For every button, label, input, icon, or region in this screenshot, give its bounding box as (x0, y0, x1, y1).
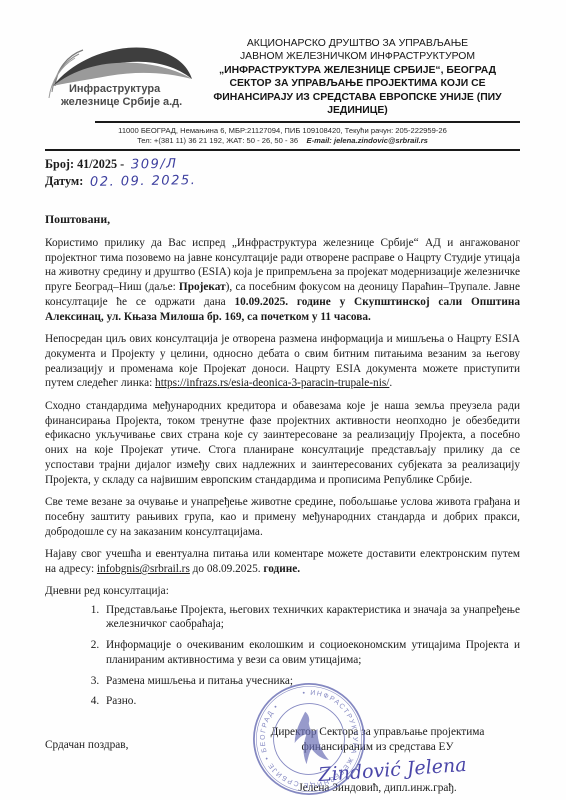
contact-info: 11000 БЕОГРАД, Немањина 6, МБР:21127094,… (45, 126, 520, 146)
signer-title-line1: Директор Сектора за управљање пројектима (225, 725, 530, 740)
reference-number-row: Број: 41/2025 - 309/Л (45, 156, 520, 173)
text-segment: Сходно стандардима међународних кредитор… (45, 400, 520, 486)
text-segment: године. (263, 563, 300, 575)
esia-document-link[interactable]: https://infrazs.rs/esia-deonica-3-paraci… (155, 377, 389, 389)
agenda-item: Размена мишљења и питања учесника; (102, 674, 520, 689)
header-email-link[interactable]: jelena.zindovic@srbrail.rs (334, 136, 428, 145)
paragraph-invitation: Користимо прилику да Вас испред „Инфраст… (45, 236, 520, 324)
letter-page: Инфраструктура железнице Србије а.д. АКЦ… (0, 0, 566, 800)
contact-email-link[interactable]: infobgnis@srbrail.rs (97, 563, 190, 575)
paragraph-standards: Сходно стандардима међународних кредитор… (45, 399, 520, 487)
agenda-item: Разно. (102, 694, 520, 709)
text-segment: Пројекат (179, 281, 226, 293)
organization-header: АКЦИОНАРСКО ДРУШТВО ЗА УПРАВЉАЊЕ ЈАВНОМ … (195, 34, 520, 117)
date-handwritten-value: 02. 09. 2025. (90, 173, 197, 191)
date-label: Датум: (45, 173, 83, 189)
company-logo: Инфраструктура железнице Србије а.д. (45, 36, 195, 119)
agenda-list: Представљање Пројекта, његових техничких… (45, 603, 520, 709)
date-row: Датум: 02. 09. 2025. (45, 173, 520, 190)
logo-text-line2: железнице Србије а.д. (60, 96, 182, 108)
logo-text-line1: Инфраструктура (69, 83, 161, 95)
address-line: 11000 БЕОГРАД, Немањина 6, МБР:21127094,… (45, 126, 520, 136)
email-label: E-mail: (307, 136, 332, 145)
org-line: ФИНАНСИРАЈУ ИЗ СРЕДСТАВА ЕВРОПСКЕ УНИЈЕ … (195, 91, 520, 104)
header-divider-top (95, 121, 520, 123)
letterhead: Инфраструктура железнице Србије а.д. АКЦ… (45, 34, 520, 119)
paragraph-goal: Непосредан циљ ових консултација је отво… (45, 332, 520, 391)
agenda-item: Представљање Пројекта, његових техничких… (102, 603, 520, 632)
paragraph-topics: Све теме везане за очување и унапређење … (45, 495, 520, 539)
number-label: Број: 41/2025 - (45, 156, 124, 172)
org-line: ЈЕДИНИЦЕ) (195, 104, 520, 117)
number-handwritten-value: 309/Л (131, 157, 178, 174)
phone-text: Тел: +(381 11) 36 21 192, ЖАТ: 50 - 26, … (137, 136, 298, 145)
agenda-title: Дневни ред консултација: (45, 585, 520, 597)
agenda-item: Информације о очекиваним еколошким и соц… (102, 638, 520, 667)
text-segment: до 08.09.2025. (190, 563, 264, 575)
train-logo-icon: Инфраструктура железнице Србије а.д. (45, 36, 195, 114)
org-line: „ИНФРАСТРУКТУРА ЖЕЛЕЗНИЦЕ СРБИЈЕ“, БЕОГР… (195, 64, 520, 77)
text-segment: . (389, 377, 392, 389)
org-line: АКЦИОНАРСКО ДРУШТВО ЗА УПРАВЉАЊЕ (195, 37, 520, 50)
org-line: СЕКТОР ЗА УПРАВЉАЊЕ ПРОЈЕКТИМА КОЈИ СЕ (195, 77, 520, 90)
salutation: Поштовани, (45, 212, 520, 227)
paragraph-rsvp: Најаву свог учешћа и евентуална питања и… (45, 547, 520, 576)
org-line: ЈАВНОМ ЖЕЛЕЗНИЧКОМ ИНФРАСТРУКТУРОМ (195, 50, 520, 63)
header-divider-bottom (45, 149, 520, 151)
closing-phrase: Срдачан поздрав, (45, 725, 128, 794)
closing-row: Срдачан поздрав, Директор Сектора за упр… (45, 725, 520, 794)
text-segment: Све теме везане за очување и унапређење … (45, 496, 520, 537)
phone-line: Тел: +(381 11) 36 21 192, ЖАТ: 50 - 26, … (45, 136, 520, 146)
signature-block: Директор Сектора за управљање пројектима… (225, 725, 530, 794)
